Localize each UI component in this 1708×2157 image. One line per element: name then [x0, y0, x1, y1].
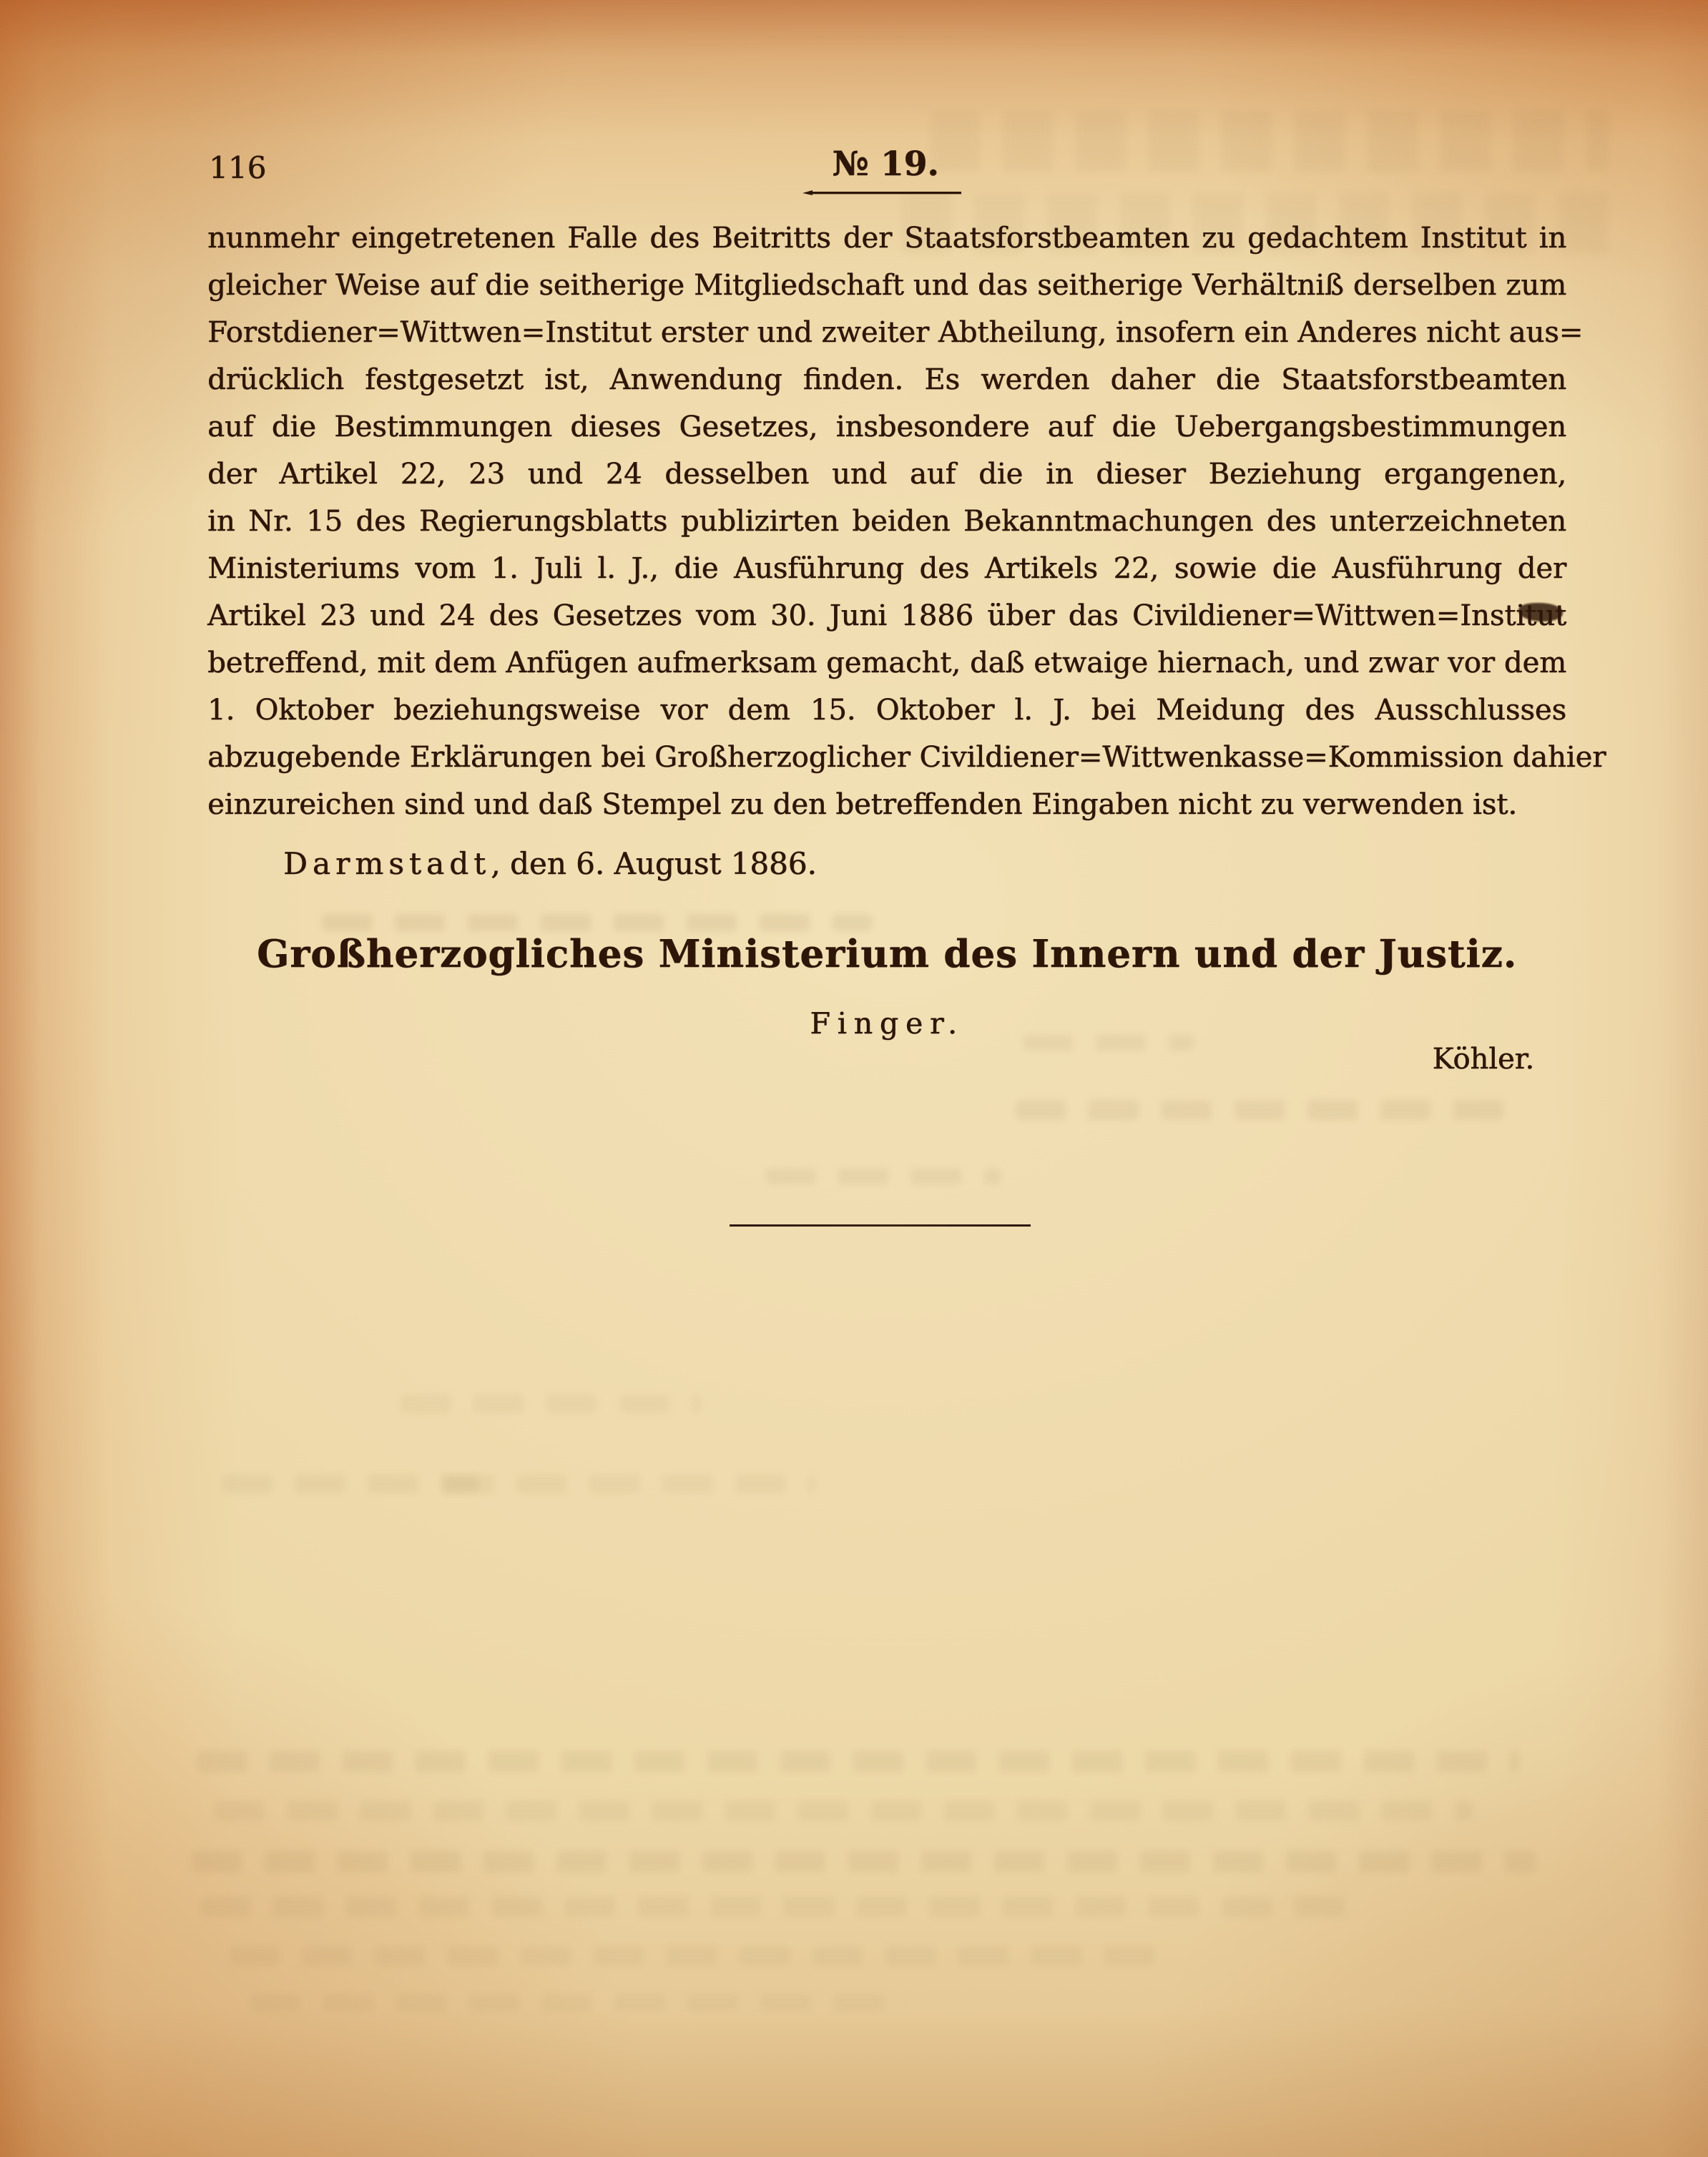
bleedthrough-mark — [215, 1801, 1473, 1821]
bleedthrough-mark — [192, 1851, 1536, 1872]
body-line: in Nr. 15 des Regierungsblatts publizirt… — [207, 498, 1566, 545]
body-line: gleicher Weise auf die seitherige Mitgli… — [207, 262, 1566, 309]
bleedthrough-mark — [401, 1395, 701, 1413]
issue-number: № 19. — [800, 146, 971, 183]
bleedthrough-mark — [443, 1475, 815, 1493]
bleedthrough-mark — [222, 1475, 479, 1493]
bleedthrough-mark — [250, 1994, 908, 2011]
dateline-date: , den 6. August 1886. — [491, 846, 817, 881]
body-line: drücklich festgesetzt ist, Anwendung fin… — [207, 356, 1566, 403]
page-number: 116 — [209, 152, 266, 185]
body-line: betreffend, mit dem Anfügen aufmerksam g… — [207, 639, 1566, 687]
bleedthrough-mark — [229, 1947, 1166, 1965]
signature-name-right: Köhler. — [1432, 1041, 1534, 1077]
body-text: nunmehr eingetretenen Falle des Beitritt… — [207, 215, 1566, 828]
bleedthrough-mark — [765, 1169, 1001, 1184]
bleedthrough-mark — [197, 1751, 1520, 1772]
dateline-place: Darmstadt — [283, 846, 491, 881]
scanned-document-page: 116 № 19. nunmehr eingetretenen Falle de… — [0, 0, 1708, 2157]
body-line: Artikel 23 und 24 des Gesetzes vom 30. J… — [207, 592, 1566, 639]
section-divider-rule — [730, 1224, 1031, 1227]
body-line: 1. Oktober beziehungsweise vor dem 15. O… — [207, 687, 1566, 734]
body-line: der Artikel 22, 23 und 24 desselben und … — [207, 451, 1566, 498]
bleedthrough-mark — [1016, 1100, 1516, 1120]
dateline: Darmstadt, den 6. August 1886. — [207, 845, 1566, 883]
bleedthrough-mark — [200, 1897, 1352, 1917]
body-line: auf die Bestimmungen dieses Gesetzes, in… — [207, 403, 1566, 451]
bleedthrough-mark — [930, 111, 1609, 172]
signature-name-left: Finger. — [207, 1006, 1566, 1041]
body-line: Forstdiener=Wittwen=Institut erster und … — [207, 309, 1566, 356]
body-line: Ministeriums vom 1. Juli l. J., die Ausf… — [207, 545, 1566, 592]
body-line: nunmehr eingetretenen Falle des Beitritt… — [207, 215, 1566, 262]
ministry-heading: Großherzogliches Ministerium des Innern … — [207, 925, 1566, 983]
issue-underline-rule — [808, 192, 961, 194]
body-line: abzugebende Erklärungen bei Großherzogli… — [207, 734, 1566, 781]
body-line: einzureichen sind und daß Stempel zu den… — [207, 781, 1566, 828]
